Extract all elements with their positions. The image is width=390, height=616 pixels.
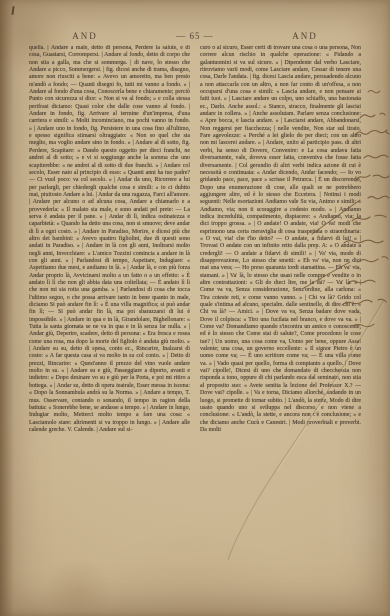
running-head-right: AND: [250, 31, 360, 41]
text-column-right: curo o al sicuro, Esser certi di trovare…: [200, 45, 361, 548]
page-number: — 65 —: [140, 31, 250, 41]
scanned-book-page: { "page": { "kind": "scanned dictionary …: [0, 0, 390, 616]
running-head: AND — 65 — AND: [30, 30, 360, 42]
text-column-left: quella. | Andare a male, detto di person…: [29, 45, 190, 548]
running-head-left: AND: [30, 31, 140, 41]
dictionary-text-block: quella. | Andare a male, detto di person…: [29, 45, 361, 548]
binding-gutter-shadow: [0, 0, 14, 616]
